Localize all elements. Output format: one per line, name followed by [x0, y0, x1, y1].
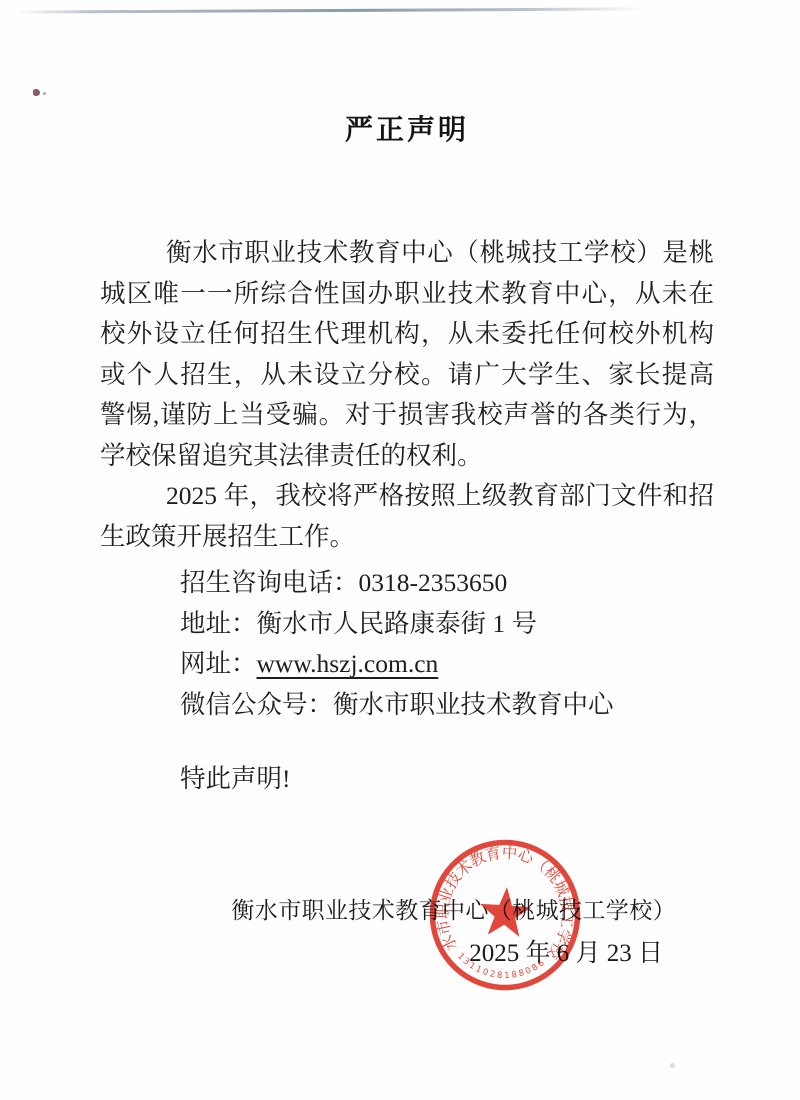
body-line: 警惕,谨防上当受骗。对于损害我校声誉的各类行为，	[100, 395, 714, 436]
closing-statement: 特此声明!	[100, 759, 714, 800]
body-line: 城区唯一一所综合性国办职业技术教育中心，从未在	[100, 274, 714, 315]
contact-address-row: 地址：衡水市人民路康泰街 1 号	[100, 604, 714, 645]
body-line: 学校保留追究其法律责任的权利。	[100, 436, 714, 477]
body-line: 衡水市职业技术教育中心（桃城技工学校）是桃	[100, 233, 714, 274]
scan-dust-speck	[670, 1063, 675, 1068]
website-label: 网址：	[180, 649, 257, 678]
contact-wechat-row: 微信公众号：衡水市职业技术教育中心	[100, 685, 714, 726]
document-title: 严正声明	[100, 108, 714, 148]
contact-info-list: 招生咨询电话：0318-2353650 地址：衡水市人民路康泰街 1 号 网址：…	[100, 563, 714, 725]
statement-document-page: 严正声明 衡水市职业技术教育中心（桃城技工学校）是桃 城区唯一一所综合性国办职业…	[0, 0, 800, 1100]
body-line: 生政策开展招生工作。	[100, 517, 714, 558]
ink-speck	[33, 89, 40, 96]
document-body: 衡水市职业技术教育中心（桃城技工学校）是桃 城区唯一一所综合性国办职业技术教育中…	[100, 233, 714, 800]
address-label: 地址：	[180, 609, 257, 638]
ink-speck-small	[43, 92, 46, 95]
wechat-label: 微信公众号：	[180, 690, 333, 719]
contact-website-row: 网址：www.hszj.com.cn	[100, 644, 714, 685]
body-line: 或个人招生，从未设立分校。请广大学生、家长提高	[100, 355, 714, 396]
body-line: 2025 年，我校将严格按照上级教育部门文件和招	[100, 476, 714, 517]
blank-line	[100, 725, 714, 759]
website-url: www.hszj.com.cn	[257, 649, 439, 678]
phone-label: 招生咨询电话：	[180, 568, 359, 597]
wechat-value: 衡水市职业技术教育中心	[333, 690, 614, 719]
contact-phone-row: 招生咨询电话：0318-2353650	[100, 563, 714, 604]
address-value: 衡水市人民路康泰街 1 号	[257, 609, 538, 638]
seal-star-icon	[478, 885, 533, 937]
scan-artifact-top-line	[16, 7, 644, 13]
phone-value: 0318-2353650	[359, 568, 508, 597]
body-line: 校外设立任何招生代理机构，从未委托任何校外机构	[100, 314, 714, 355]
official-red-seal: 衡水市职业技术教育中心（桃城技工学校） 1311028188086	[423, 833, 587, 997]
